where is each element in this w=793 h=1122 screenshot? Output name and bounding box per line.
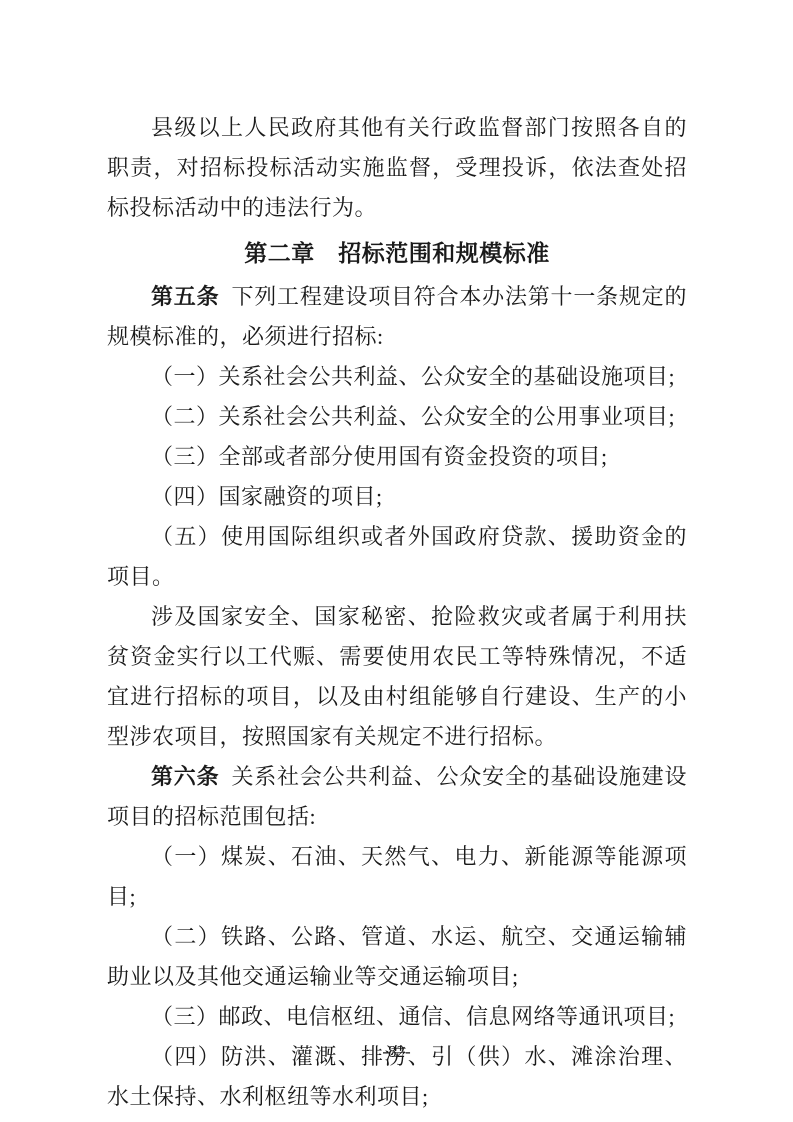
article-number: 第五条 bbox=[151, 284, 219, 309]
list-item-paragraph: （五）使用国际组织或者外国政府贷款、援助资金的项目。 bbox=[107, 517, 687, 597]
chapter-heading: 第二章 招标范围和规模标准 bbox=[107, 233, 687, 273]
body-paragraph: 涉及国家安全、国家秘密、抢险救灾或者属于利用扶贫资金实行以工代赈、需要使用农民工… bbox=[107, 597, 687, 757]
list-item-paragraph: （四）国家融资的项目; bbox=[107, 477, 687, 517]
list-item-paragraph: （二）铁路、公路、管道、水运、航空、交通运输辅助业以及其他交通运输业等交通运输项… bbox=[107, 917, 687, 997]
list-item-paragraph: （一）关系社会公共利益、公众安全的基础设施项目; bbox=[107, 357, 687, 397]
article-number: 第六条 bbox=[151, 764, 219, 789]
document-page: 县级以上人民政府其他有关行政监督部门按照各自的职责，对招标投标活动实施监督，受理… bbox=[107, 108, 687, 1117]
list-item-paragraph: （三）全部或者部分使用国有资金投资的项目; bbox=[107, 437, 687, 477]
list-item-paragraph: （一）煤炭、石油、天然气、电力、新能源等能源项目; bbox=[107, 837, 687, 917]
page-number: -82- bbox=[382, 1042, 410, 1061]
page-footer: -82- bbox=[0, 1042, 793, 1062]
list-item-paragraph: （三）邮政、电信枢纽、通信、信息网络等通讯项目; bbox=[107, 997, 687, 1037]
body-paragraph: 第五条下列工程建设项目符合本办法第十一条规定的规模标准的，必须进行招标: bbox=[107, 277, 687, 357]
list-item-paragraph: （二）关系社会公共利益、公众安全的公用事业项目; bbox=[107, 397, 687, 437]
body-paragraph: 第六条关系社会公共利益、公众安全的基础设施建设项目的招标范围包括: bbox=[107, 757, 687, 837]
body-paragraph: 县级以上人民政府其他有关行政监督部门按照各自的职责，对招标投标活动实施监督，受理… bbox=[107, 108, 687, 228]
document-body: 县级以上人民政府其他有关行政监督部门按照各自的职责，对招标投标活动实施监督，受理… bbox=[107, 108, 687, 1117]
